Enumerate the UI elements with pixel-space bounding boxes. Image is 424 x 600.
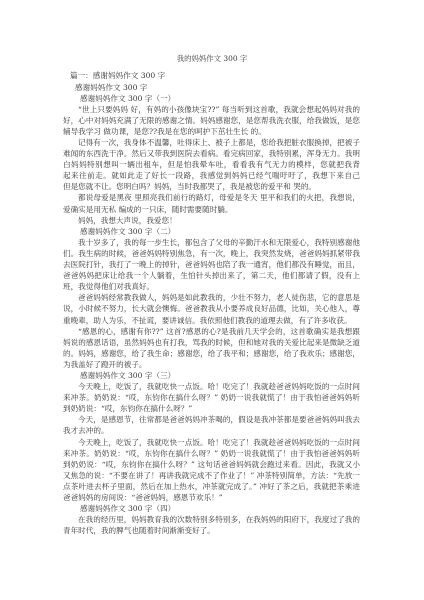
section-part-1: 感谢妈妈作文 300 字（一） “世上只要妈妈 好，有妈的小孩像块宝??” 每当… xyxy=(63,93,360,226)
text-line: 起来往前走。就如此走了好长一段路，我感觉到妈妈已经气喘吁吁了，我想下来自己 走， xyxy=(63,170,360,181)
section-heading: 感谢妈妈作文 300 字（一） xyxy=(63,93,360,104)
document-title: 我的妈妈作文 300 字 xyxy=(0,53,424,64)
paragraph: 今天晚上，吃饭了，我就吃快一点饭。哈！吃完了！我就趁爸爸妈妈吃饭的一点时间 来冲… xyxy=(63,381,360,414)
text-line: 记得有一次，我身体不温馨，吐得床上、被子上都是，您给我把脏衣服换掉，把被子上 xyxy=(63,137,360,148)
text-line: 重晚辈，助人为乐，不扯谎，要讲诚信。我依照他们教我的道理去做，有了许多收获。 xyxy=(63,315,360,326)
text-line: 又焦急的说：“不要在讲了！再讲我就完成不了作业了！” 冲茶特别简单，方法：“先放… xyxy=(63,470,360,481)
paragraph: “感恩的心，感谢有你??” 这首?感恩的心?是我前几天学会的，这首歌确实是我想跟… xyxy=(63,326,360,370)
text-line: 的。妈妈，感谢您，给了我生命；感谢您，给了我平和；感谢您，给了我欢乐；感谢您， xyxy=(63,348,360,359)
text-line: 到奶奶说：“哎，东钧你在搞什么呀？” xyxy=(63,403,360,414)
text-line: 都说母爱是黑夜 里照亮我们前行的路灯，母爱是冬天 里平和我们的火把，我想说，母 xyxy=(63,192,360,203)
paragraph: 妈妈，我想大声说，我爱您！ xyxy=(63,215,360,226)
paragraph: “世上只要妈妈 好，有妈的小孩像块宝??” 每当听到这首歌，我就会想起妈妈对我的… xyxy=(63,104,360,137)
section-part-3: 感谢妈妈作文 300 字（三） 今天晚上，吃饭了，我就吃快一点饭。哈！吃完了！我… xyxy=(63,370,360,503)
essay-subheading: 感谢妈妈作文 300 字 xyxy=(63,82,360,93)
text-line: 说，小时候不努力，长大就会懊悔。爸爸教我从小要养成良好品德，比如，关心他人，尊 xyxy=(63,303,360,314)
text-line: “世上只要妈妈 好，有妈的小孩像块宝??” 每当听到这首歌，我就会想起妈妈对我的 xyxy=(63,104,360,115)
document-body: 篇一：感谢妈妈作文 300 字 感谢妈妈作文 300 字 感谢妈妈作文 300 … xyxy=(63,70,360,536)
text-line: 白妈妈特别想叫一辆出租车，但是怕我晕车吐，看看我有气无力的模样，您就把我背 xyxy=(63,159,360,170)
text-line: 点茶叶进去杯子里面，然后在加上热水，冲茶就完成了。” 冲好了茶之后，我就把茶乘进 xyxy=(63,481,360,492)
text-line: 今天晚上，吃饭了，我就吃快一点饭。哈！吃完了！我就趁爸爸妈妈吃饭的一点时间 xyxy=(63,437,360,448)
section-heading: 感谢妈妈作文 300 字（二） xyxy=(63,226,360,237)
paragraph: 今天，是感恩节，往常都是爸爸妈妈冲茶喝的，假设是我冲茶都是要爸爸妈妈叫我去冲 我… xyxy=(63,414,360,436)
text-line: 但是您就不让。您明白吗？妈妈，当时我都哭了，我是被您的爱平和 哭的。 xyxy=(63,181,360,192)
text-line: 到奶奶说：“哎，东钧你在搞什么呀？” 这句话爸爸妈妈就会跑过来看。因此，我就又小… xyxy=(63,459,360,470)
paragraph: 今天晚上，吃饭了，我就吃快一点饭。哈！吃完了！我就趁爸爸妈妈吃饭的一点时间 来冲… xyxy=(63,437,360,504)
text-line: 今天，是感恩节，往常都是爸爸妈妈冲茶喝的，假设是我冲茶都是要爸爸妈妈叫我去冲 xyxy=(63,414,360,425)
section-part-2: 感谢妈妈作文 300 字（二） 我十岁多了，我的每一步生长，都包含了父母的辛勤汗… xyxy=(63,226,360,370)
text-line: 辅导我学习 做功课，是您??我是在您的呵护下茁壮生长 的。 xyxy=(63,126,360,137)
paragraph: 我十岁多了，我的每一步生长，都包含了父母的辛勤汗水和无限爱心，我特别感谢他 们。… xyxy=(63,237,360,292)
paragraph: 都说母爱是黑夜 里照亮我们前行的路灯，母爱是冬天 里平和我们的火把，我想说，母 … xyxy=(63,192,360,214)
text-line: 难闻的东西洗干净。然后又带我到医院去看病。看完病回家，我特别累，浑身无力。我明 xyxy=(63,148,360,159)
text-line: 好，心中对妈妈充满了无限的感谢之情。妈妈感谢您，是您帮我洗衣服，给我做饭，是您 xyxy=(63,115,360,126)
text-line: 爸爸妈妈把床让给我一个人躺着，生怕针头掉出来了，第二天，他们都请了假，没有上 xyxy=(63,270,360,281)
text-line: 爱确实是用无私 编成的一只床，随时需要随时躺。 xyxy=(63,204,360,215)
text-line: “感恩的心，感谢有你??” 这首?感恩的心?是我前几天学会的，这首歌确实是我想跟… xyxy=(63,326,360,337)
section-heading: 感谢妈妈作文 300 字（四） xyxy=(63,503,360,514)
section-heading: 感谢妈妈作文 300 字（三） xyxy=(63,370,360,381)
text-line: 爸爸妈妈的房间说：“爸爸妈妈，感恩节欢乐！” xyxy=(63,492,360,503)
essay-heading: 篇一：感谢妈妈作文 300 字 xyxy=(63,70,360,81)
paragraph: 爸爸妈妈经常教我做人，妈妈是如此教我的，少壮不努力，老人徒伤悲，它的意思是 说，… xyxy=(63,292,360,325)
text-line: 们。我生病的时候，爸爸妈妈特别焦急，有一次，晚上，我突然发烧，爸爸妈妈抓紧带我 xyxy=(63,248,360,259)
text-line: 在我的经历里，妈妈教育我的次数特别多特别多，在我妈妈的阳府下，我度过了我的 xyxy=(63,514,360,525)
text-line: 今天晚上，吃饭了，我就吃快一点饭。哈！吃完了！我就趁爸爸妈妈吃饭的一点时间 xyxy=(63,381,360,392)
document-page: 我的妈妈作文 300 字 篇一：感谢妈妈作文 300 字 感谢妈妈作文 300 … xyxy=(0,0,424,600)
text-line: 我十岁多了，我的每一步生长，都包含了父母的辛勤汗水和无限爱心，我特别感谢他 xyxy=(63,237,360,248)
text-line: 我才去冲的。 xyxy=(63,425,360,436)
text-line: 妈说的感恩话语，虽然妈妈也有打我，骂我的时候，但和她对我的关爱比起来是微缺乏道 xyxy=(63,337,360,348)
paragraph: 记得有一次，我身体不温馨，吐得床上、被子上都是，您给我把脏衣服换掉，把被子上 难… xyxy=(63,137,360,192)
paragraph: 在我的经历里，妈妈教育我的次数特别多特别多，在我妈妈的阳府下，我度过了我的 青年… xyxy=(63,514,360,536)
text-line: 为我盖好了蹬开的被子。 xyxy=(63,359,360,370)
text-line: 来冲茶。奶奶说：“哎，东钧你在搞什么呀？” 奶奶一说我就慌了！由于我怕爸爸妈妈听… xyxy=(63,448,360,459)
text-line: 爸爸妈妈经常教我做人，妈妈是如此教我的，少壮不努力，老人徒伤悲，它的意思是 xyxy=(63,292,360,303)
text-line: 去医院打针，我打了一晚上的掉针，爸爸妈妈也陪了我一通宵，他们都没有睡觉，而且， xyxy=(63,259,360,270)
text-line: 妈妈，我想大声说，我爱您！ xyxy=(63,215,360,226)
text-line: 青年时代，我的脾气也随着时间渐渐变好了。 xyxy=(63,525,360,536)
text-line: 班，我觉得他们对我真好。 xyxy=(63,281,360,292)
text-line: 来冲茶。奶奶说：“哎，东钧你在搞什么呀？” 奶奶一说我就慌了！由于我怕爸爸妈妈听… xyxy=(63,392,360,403)
section-part-4: 感谢妈妈作文 300 字（四） 在我的经历里，妈妈教育我的次数特别多特别多，在我… xyxy=(63,503,360,536)
